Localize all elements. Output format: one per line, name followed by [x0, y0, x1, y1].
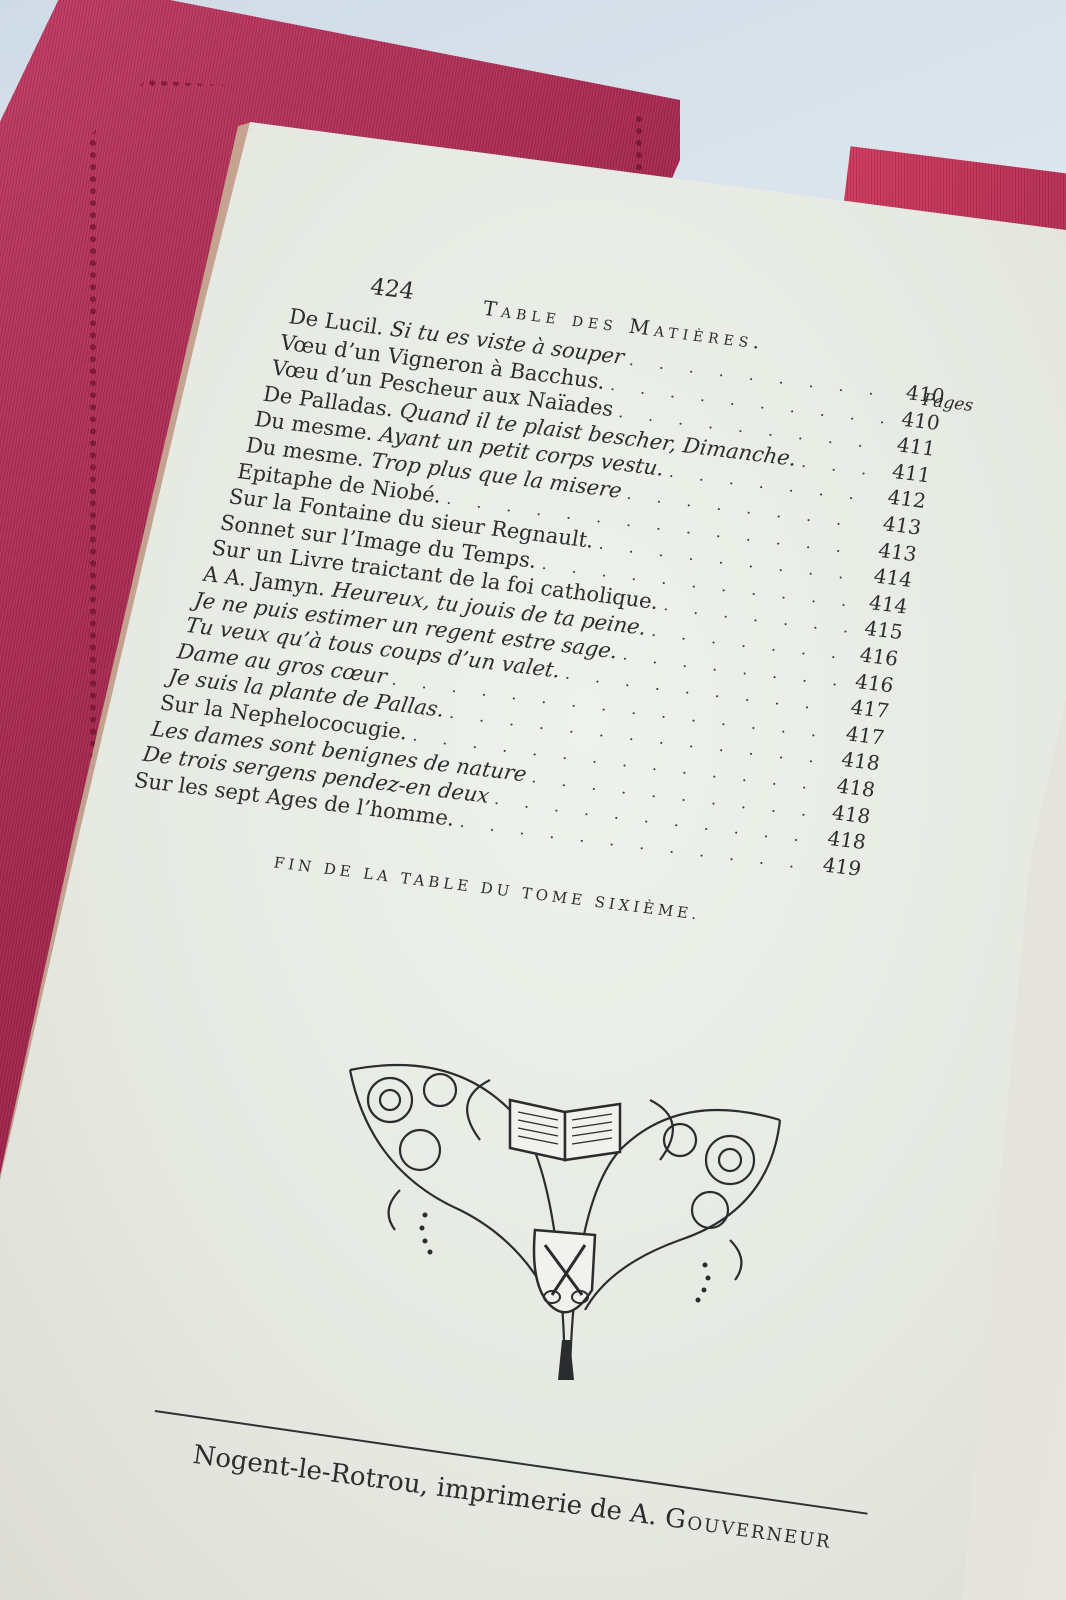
toc-entry-page: 412	[876, 484, 928, 514]
toc-entry-page: 414	[857, 589, 909, 619]
table-of-contents: De Lucil. Si tu es viste à souper. . . .…	[203, 304, 946, 883]
toc-entry-page: 413	[871, 510, 923, 540]
toc-entry-page: 415	[853, 615, 905, 645]
toc-entry-page: 418	[830, 746, 882, 776]
woodcut-ornament-icon	[330, 1040, 800, 1385]
toc-entry-page: 417	[839, 694, 891, 724]
toc-entry-page: 416	[848, 641, 900, 671]
toc-entry-page: 416	[844, 667, 896, 697]
toc-entry-page: 419	[811, 851, 863, 881]
page-number: 424	[368, 274, 416, 305]
open-book-icon	[510, 1100, 620, 1160]
toc-entry-page: 418	[820, 799, 872, 829]
toc-entry-page: 414	[862, 562, 914, 592]
toc-entry-page: 413	[867, 536, 919, 566]
toc-entry-page: 418	[825, 772, 877, 802]
toc-entry-page: 417	[834, 720, 886, 750]
toc-entry-page: 411	[885, 431, 937, 461]
toc-block: 424 Table des Matières. Pages De Lucil. …	[193, 255, 955, 942]
shield-crossed-keys-icon	[534, 1230, 595, 1312]
toc-entry-page: 418	[816, 825, 868, 855]
toc-entry-page: 411	[881, 458, 933, 488]
